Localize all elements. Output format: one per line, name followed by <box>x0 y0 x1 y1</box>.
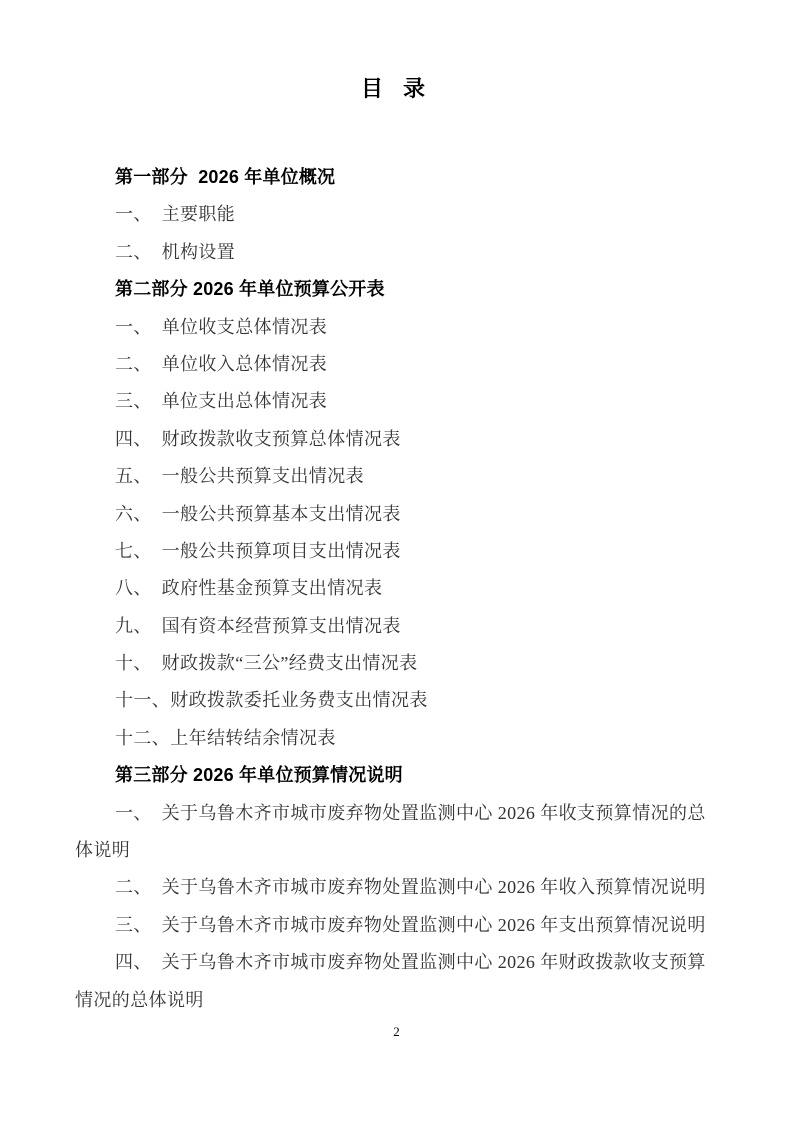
toc-line-10: 七、 一般公共预算项目支出情况表 <box>75 533 718 570</box>
toc-line-18: 体说明 <box>75 832 718 869</box>
toc-line-9: 六、 一般公共预算基本支出情况表 <box>75 496 718 533</box>
toc-line-0: 第一部分 2026 年单位概况 <box>75 159 718 196</box>
toc-line-22: 情况的总体说明 <box>75 982 718 1019</box>
toc-line-13: 十、 财政拨款“三公”经费支出情况表 <box>75 645 718 682</box>
page-number: 2 <box>0 1024 793 1040</box>
toc-line-16: 第三部分 2026 年单位预算情况说明 <box>75 757 718 794</box>
document-page: 目 录 第一部分 2026 年单位概况一、 主要职能二、 机构设置第二部分 20… <box>0 0 793 1122</box>
toc-line-3: 第二部分 2026 年单位预算公开表 <box>75 271 718 308</box>
toc-line-14: 十一、财政拨款委托业务费支出情况表 <box>75 682 718 719</box>
toc-line-8: 五、 一般公共预算支出情况表 <box>75 458 718 495</box>
toc-list: 第一部分 2026 年单位概况一、 主要职能二、 机构设置第二部分 2026 年… <box>75 159 718 1019</box>
toc-line-11: 八、 政府性基金预算支出情况表 <box>75 570 718 607</box>
toc-line-6: 三、 单位支出总体情况表 <box>75 383 718 420</box>
toc-line-20: 三、 关于乌鲁木齐市城市废弃物处置监测中心 2026 年支出预算情况说明 <box>75 907 718 944</box>
toc-line-21: 四、 关于乌鲁木齐市城市废弃物处置监测中心 2026 年财政拨款收支预算 <box>75 944 718 981</box>
toc-line-5: 二、 单位收入总体情况表 <box>75 346 718 383</box>
page-title: 目 录 <box>0 76 793 102</box>
toc-line-1: 一、 主要职能 <box>75 196 718 233</box>
toc-line-15: 十二、上年结转结余情况表 <box>75 720 718 757</box>
toc-line-17: 一、 关于乌鲁木齐市城市废弃物处置监测中心 2026 年收支预算情况的总 <box>75 795 718 832</box>
toc-line-12: 九、 国有资本经营预算支出情况表 <box>75 608 718 645</box>
toc-line-7: 四、 财政拨款收支预算总体情况表 <box>75 421 718 458</box>
toc-line-19: 二、 关于乌鲁木齐市城市废弃物处置监测中心 2026 年收入预算情况说明 <box>75 869 718 906</box>
toc-line-2: 二、 机构设置 <box>75 234 718 271</box>
toc-line-4: 一、 单位收支总体情况表 <box>75 309 718 346</box>
